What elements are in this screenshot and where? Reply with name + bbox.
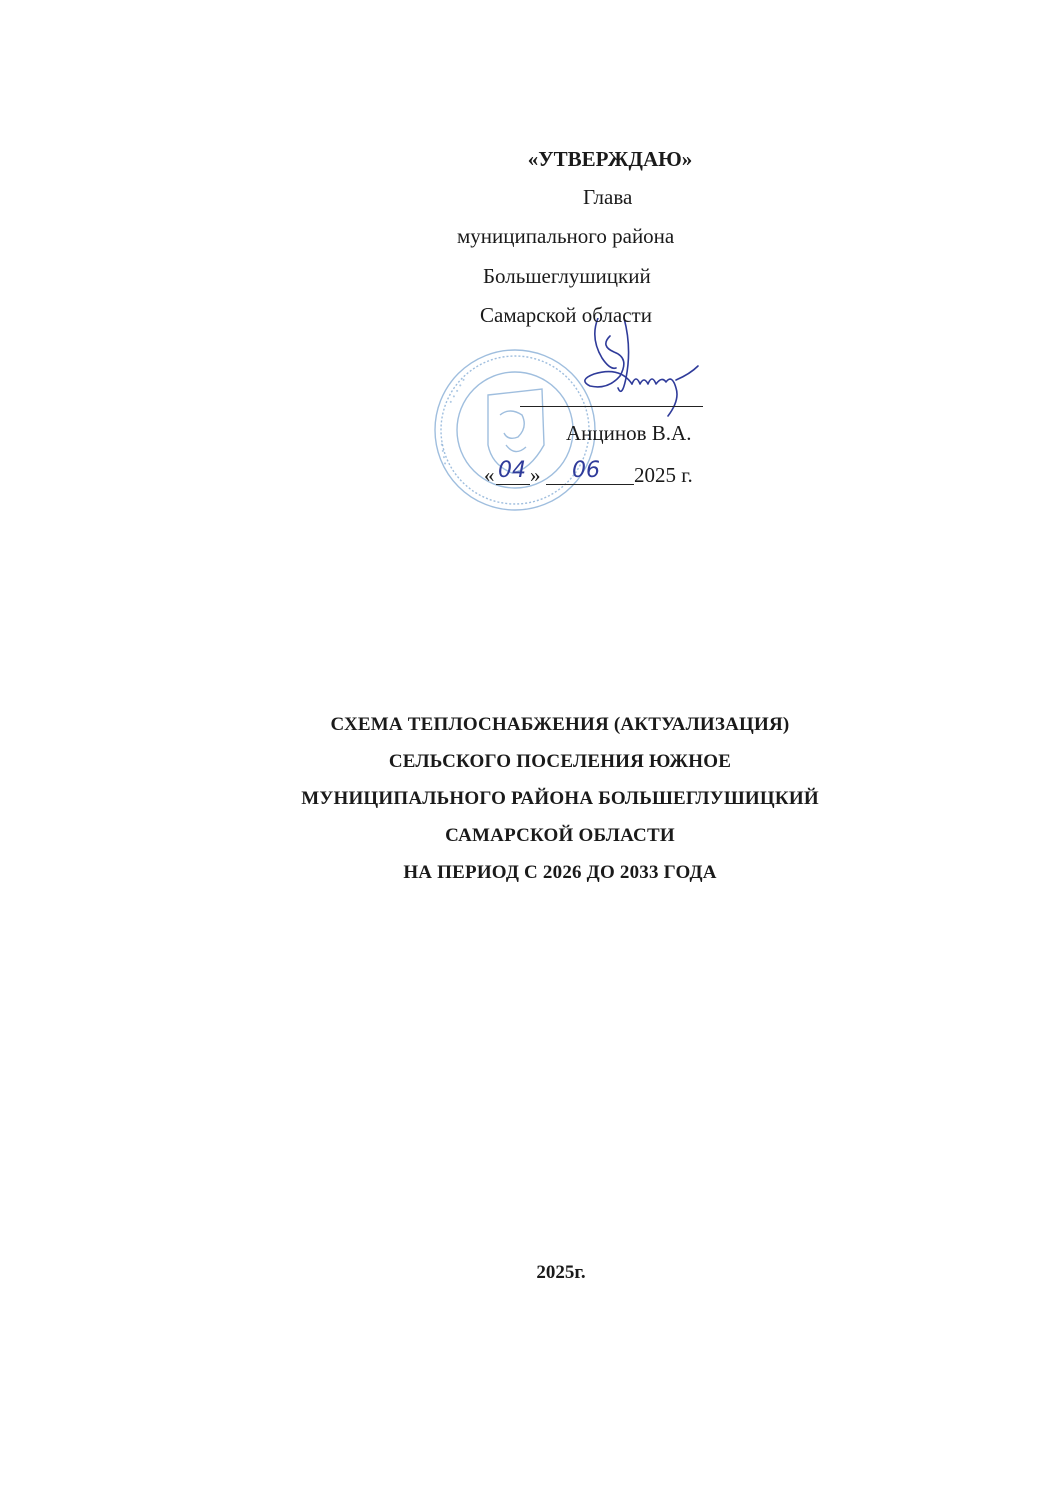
signatory-name: Анцинов В.А.: [566, 420, 691, 446]
svg-text:• • • •: • • • •: [438, 442, 450, 466]
footer-year: 2025г.: [0, 1260, 1058, 1286]
date-month-handwritten: 06: [572, 458, 600, 484]
approval-line-district-name: Большеглушицкий: [483, 257, 651, 295]
title-line-2: СЕЛЬСКОГО ПОСЕЛЕНИЯ ЮЖНОЕ: [0, 743, 1058, 780]
title-line-4: САМАРСКОЙ ОБЛАСТИ: [0, 817, 1058, 854]
date-day-handwritten: 04: [498, 458, 526, 484]
month-blank-line: [546, 484, 634, 485]
date-year: 2025 г.: [634, 462, 693, 488]
title-line-1: СХЕМА ТЕПЛОСНАБЖЕНИЯ (АКТУАЛИЗАЦИЯ): [0, 706, 1058, 743]
approval-title: «УТВЕРЖДАЮ»: [520, 140, 700, 178]
day-blank-line: [496, 484, 530, 485]
date-open-quote: «: [484, 462, 495, 488]
approval-line-position: Глава: [583, 178, 632, 216]
svg-text:• • • • •: • • • • •: [447, 376, 469, 406]
approval-line-district: муниципального района: [457, 217, 674, 255]
document-page: • • • • • • • • • «УТВЕРЖДАЮ» Глава муни…: [0, 0, 1058, 1496]
date-close-quote: »: [530, 462, 541, 488]
title-line-3: МУНИЦИПАЛЬНОГО РАЙОНА БОЛЬШЕГЛУШИЦКИЙ: [0, 780, 1058, 817]
approval-line-region: Самарской области: [480, 296, 652, 334]
signature-line: [520, 406, 703, 407]
signature-icon: [580, 318, 720, 428]
title-line-5: НА ПЕРИОД С 2026 ДО 2033 ГОДА: [0, 854, 1058, 891]
document-title: СХЕМА ТЕПЛОСНАБЖЕНИЯ (АКТУАЛИЗАЦИЯ) СЕЛЬ…: [0, 706, 1058, 891]
